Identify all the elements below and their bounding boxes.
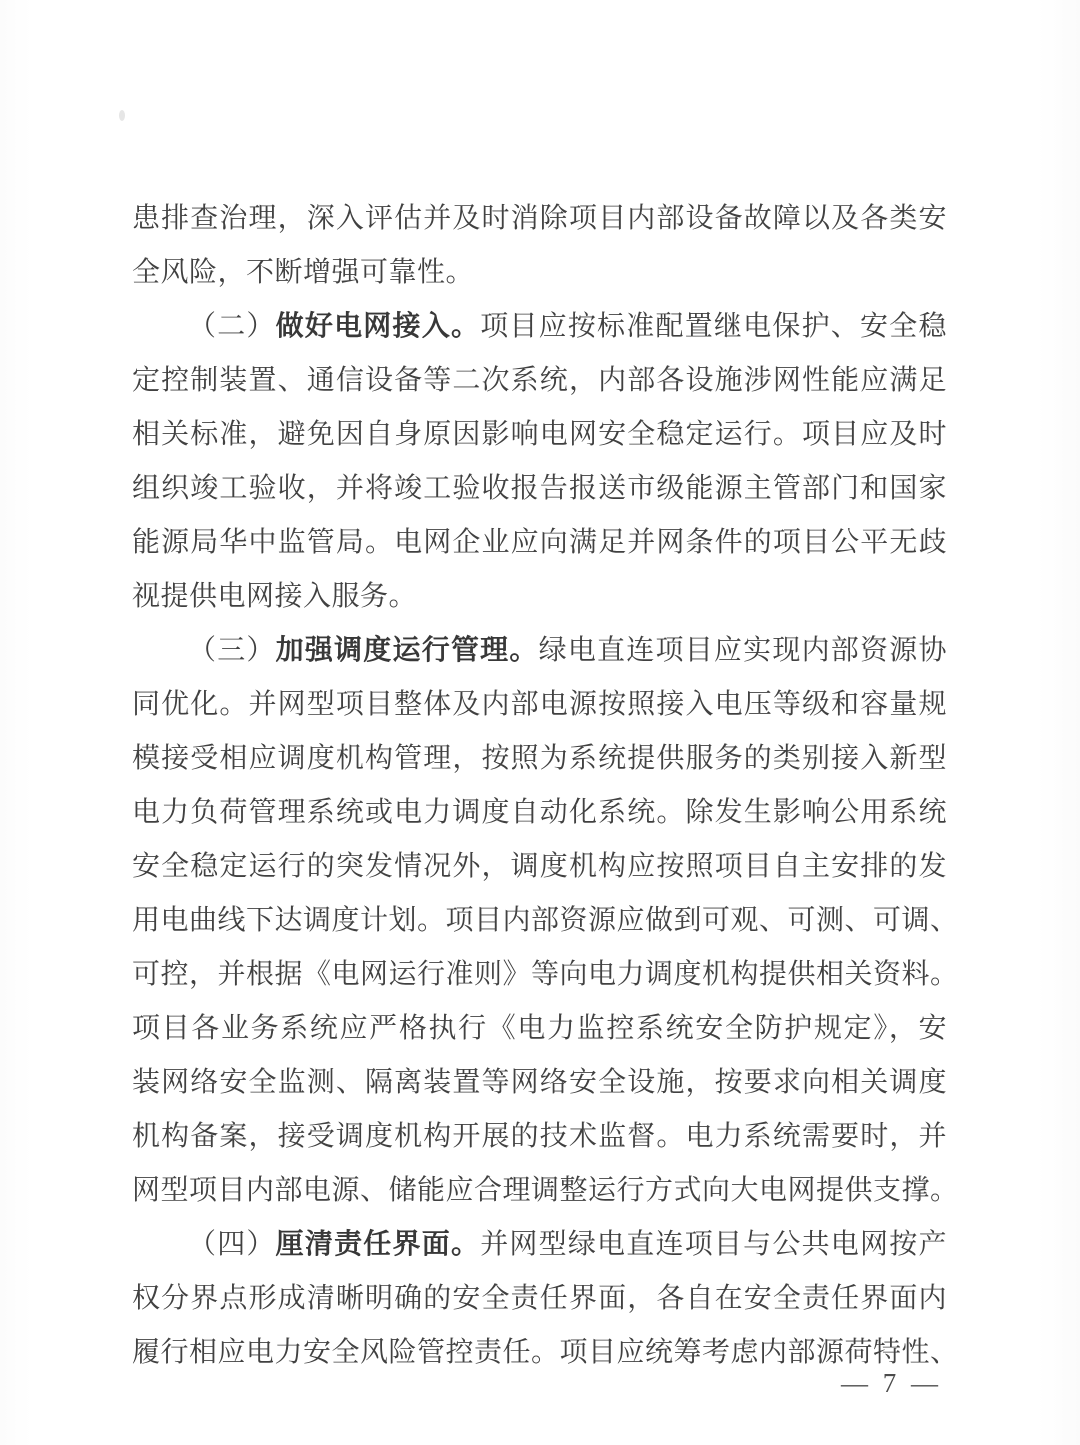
text-line: 全风险，不断增强可靠性。 — [132, 246, 947, 300]
document-body: 患排查治理，深入评估并及时消除项目内部设备故障以及各类安全风险，不断增强可靠性。… — [132, 192, 947, 1380]
text-line: 定控制装置、通信设备等二次系统，内部各设施涉网性能应满足 — [132, 354, 947, 408]
text-line: 安全稳定运行的突发情况外，调度机构应按照项目自主安排的发 — [132, 840, 947, 894]
text-segment: 项目各业务系统应严格执行《电力监控系统安全防护规定》，安 — [132, 1013, 947, 1044]
text-line: 同优化。并网型项目整体及内部电源按照接入电压等级和容量规 — [132, 678, 947, 732]
text-segment: 网型项目内部电源、储能应合理调整运行方式向大电网提供支撑。 — [132, 1175, 959, 1206]
text-segment: 并网型绿电直连项目与公共电网按产 — [480, 1229, 947, 1260]
text-segment: （二） — [188, 311, 276, 342]
document-page: 患排查治理，深入评估并及时消除项目内部设备故障以及各类安全风险，不断增强可靠性。… — [0, 0, 1080, 1445]
text-segment: 能源局华中监管局。电网企业应向满足并网条件的项目公平无歧 — [132, 527, 947, 558]
text-segment: 用电曲线下达调度计划。项目内部资源应做到可观、可测、可调、 — [132, 905, 959, 936]
text-line: （二）做好电网接入。项目应按标准配置继电保护、安全稳 — [132, 300, 947, 354]
text-line: 组织竣工验收，并将竣工验收报告报送市级能源主管部门和国家 — [132, 462, 947, 516]
text-segment: 项目应按标准配置继电保护、安全稳 — [480, 311, 947, 342]
text-segment: 权分界点形成清晰明确的安全责任界面，各自在安全责任界面内 — [132, 1283, 947, 1314]
text-segment: 视提供电网接入服务。 — [132, 581, 417, 612]
text-segment: 相关标准，避免因自身原因影响电网安全稳定运行。项目应及时 — [132, 419, 947, 450]
text-line: 履行相应电力安全风险管控责任。项目应统筹考虑内部源荷特性、 — [132, 1326, 947, 1380]
text-segment: 组织竣工验收，并将竣工验收报告报送市级能源主管部门和国家 — [132, 473, 947, 504]
text-line: 电力负荷管理系统或电力调度自动化系统。除发生影响公用系统 — [132, 786, 947, 840]
text-line: （四）厘清责任界面。并网型绿电直连项目与公共电网按产 — [132, 1218, 947, 1272]
text-segment: 电力负荷管理系统或电力调度自动化系统。除发生影响公用系统 — [132, 797, 947, 828]
text-line: 网型项目内部电源、储能应合理调整运行方式向大电网提供支撑。 — [132, 1164, 947, 1218]
text-segment: 模接受相应调度机构管理，按照为系统提供服务的类别接入新型 — [132, 743, 947, 774]
text-line: 机构备案，接受调度机构开展的技术监督。电力系统需要时，并 — [132, 1110, 947, 1164]
text-segment: 装网络安全监测、隔离装置等网络安全设施，按要求向相关调度 — [132, 1067, 947, 1098]
text-segment: 绿电直连项目应实现内部资源协 — [539, 635, 947, 666]
text-line: 模接受相应调度机构管理，按照为系统提供服务的类别接入新型 — [132, 732, 947, 786]
text-line: 能源局华中监管局。电网企业应向满足并网条件的项目公平无歧 — [132, 516, 947, 570]
text-line: （三）加强调度运行管理。绿电直连项目应实现内部资源协 — [132, 624, 947, 678]
section-heading: 做好电网接入。 — [276, 311, 481, 342]
text-segment: （四） — [188, 1229, 276, 1260]
scan-speck-artifact — [119, 110, 125, 121]
page-number: — 7 — — [841, 1368, 942, 1399]
text-line: 可控，并根据《电网运行准则》等向电力调度机构提供相关资料。 — [132, 948, 947, 1002]
text-line: 视提供电网接入服务。 — [132, 570, 947, 624]
text-line: 权分界点形成清晰明确的安全责任界面，各自在安全责任界面内 — [132, 1272, 947, 1326]
text-line: 用电曲线下达调度计划。项目内部资源应做到可观、可测、可调、 — [132, 894, 947, 948]
text-segment: 履行相应电力安全风险管控责任。项目应统筹考虑内部源荷特性、 — [132, 1337, 959, 1368]
text-line: 项目各业务系统应严格执行《电力监控系统安全防护规定》，安 — [132, 1002, 947, 1056]
section-heading: 厘清责任界面。 — [276, 1229, 481, 1260]
text-segment: 同优化。并网型项目整体及内部电源按照接入电压等级和容量规 — [132, 689, 947, 720]
text-segment: 患排查治理，深入评估并及时消除项目内部设备故障以及各类安 — [132, 203, 947, 234]
text-line: 装网络安全监测、隔离装置等网络安全设施，按要求向相关调度 — [132, 1056, 947, 1110]
text-segment: 定控制装置、通信设备等二次系统，内部各设施涉网性能应满足 — [132, 365, 947, 396]
text-segment: 安全稳定运行的突发情况外，调度机构应按照项目自主安排的发 — [132, 851, 947, 882]
text-segment: （三） — [188, 635, 276, 666]
section-heading: 加强调度运行管理。 — [276, 635, 539, 666]
text-segment: 全风险，不断增强可靠性。 — [132, 257, 474, 288]
text-segment: 机构备案，接受调度机构开展的技术监督。电力系统需要时，并 — [132, 1121, 947, 1152]
text-segment: 可控，并根据《电网运行准则》等向电力调度机构提供相关资料。 — [132, 959, 959, 990]
text-line: 患排查治理，深入评估并及时消除项目内部设备故障以及各类安 — [132, 192, 947, 246]
text-line: 相关标准，避免因自身原因影响电网安全稳定运行。项目应及时 — [132, 408, 947, 462]
